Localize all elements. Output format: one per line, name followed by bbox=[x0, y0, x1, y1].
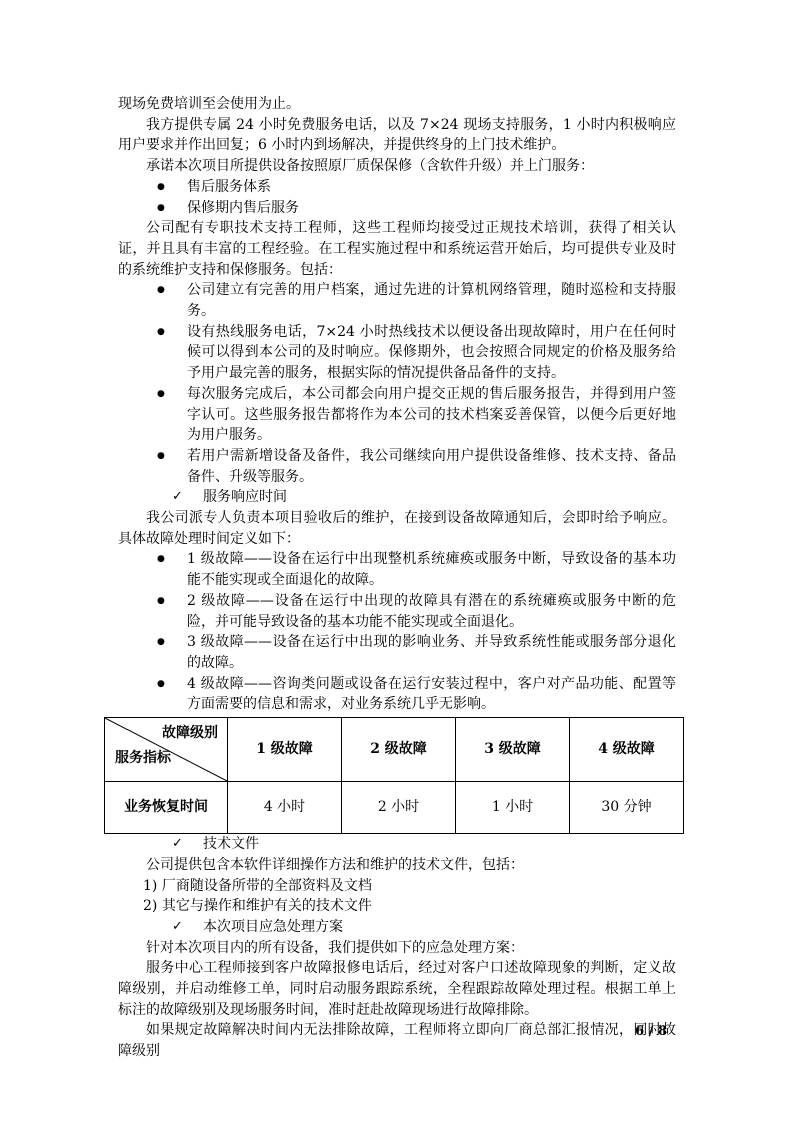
table-cell: 2 小时 bbox=[342, 782, 456, 834]
corner-label-fault-level: 故障级别 bbox=[162, 723, 218, 744]
paragraph: 我公司派专人负责本项目验收后的维护，在接到设备故障通知后，会即时给予响应。具体故… bbox=[118, 508, 676, 549]
bullet-item: ● 3 级故障——设备在运行中出现的影响业务、并导致系统性能或服务部分退化的故障… bbox=[118, 632, 676, 673]
bullet-icon: ● bbox=[157, 549, 165, 570]
bullet-text: 3 级故障——设备在运行中出现的影响业务、并导致系统性能或服务部分退化的故障。 bbox=[187, 634, 676, 671]
bullet-item: ● 保修期内售后服务 bbox=[118, 198, 676, 219]
corner-label-service-indicator: 服务指标 bbox=[115, 748, 171, 769]
page-number: 6 / 8 bbox=[635, 1023, 667, 1041]
bullet-item: ● 2 级故障——设备在运行中出现的故障具有潜在的系统瘫痪或服务中断的危险，并可… bbox=[118, 591, 676, 632]
bullet-item: ● 1 级故障——设备在运行中出现整机系统瘫痪或服务中断，导致设备的基本功能不能… bbox=[118, 549, 676, 590]
row-header: 业务恢复时间 bbox=[105, 782, 228, 834]
bullet-item: ● 每次服务完成后，本公司都会向用户提交正规的售后服务报告，并得到用户签字认可。… bbox=[118, 384, 676, 446]
bullet-text: 1 级故障——设备在运行中出现整机系统瘫痪或服务中断，导致设备的基本功能不能实现… bbox=[187, 551, 676, 588]
paragraph: 公司配有专职技术支持工程师，这些工程师均接受过正规技术培训，获得了相关认证，并且… bbox=[118, 218, 676, 280]
bullet-icon: ● bbox=[157, 198, 165, 219]
paragraph: 如果规定故障解决时间内无法排除故障，工程师将立即向厂商总部汇报情况，同时故障级别 bbox=[118, 1020, 676, 1061]
bullet-text: 每次服务完成后，本公司都会向用户提交正规的售后服务报告，并得到用户签字认可。这些… bbox=[187, 386, 676, 443]
table-row: 业务恢复时间 4 小时 2 小时 1 小时 30 分钟 bbox=[105, 782, 684, 834]
numbered-item: 1) 厂商随设备所带的全部资料及文档 bbox=[143, 876, 676, 897]
bullet-text: 公司建立有完善的用户档案，通过先进的计算机网络管理，随时巡检和支持服务。 bbox=[187, 282, 676, 319]
paragraph: 公司提供包含本软件详细操作方法和维护的技术文件，包括： bbox=[118, 855, 676, 876]
check-item: ✓ 服务响应时间 bbox=[118, 487, 676, 508]
bullet-icon: ● bbox=[157, 384, 165, 405]
paragraph: 针对本次项目内的所有设备，我们提供如下的应急处理方案： bbox=[118, 938, 676, 959]
check-icon: ✓ bbox=[172, 917, 183, 938]
bullet-icon: ● bbox=[157, 446, 165, 467]
bullet-item: ● 4 级故障——咨询类问题或设备在运行安装过程中，客户对产品功能、配置等方面需… bbox=[118, 674, 676, 715]
paragraph: 我方提供专属 24 小时免费服务电话，以及 7×24 现场支持服务，1 小时内积… bbox=[118, 115, 676, 156]
bullet-icon: ● bbox=[157, 632, 165, 653]
bullet-item: ● 若用户需新增设备及备件，我公司继续向用户提供设备维修、技术支持、备品备件、升… bbox=[118, 446, 676, 487]
bullet-text: 2 级故障——设备在运行中出现的故障具有潜在的系统瘫痪或服务中断的危险，并可能导… bbox=[187, 593, 676, 630]
check-text: 技术文件 bbox=[203, 836, 259, 852]
bullet-text: 4 级故障——咨询类问题或设备在运行安装过程中，客户对产品功能、配置等方面需要的… bbox=[187, 676, 676, 713]
bullet-icon: ● bbox=[157, 280, 165, 301]
table-cell: 1 小时 bbox=[456, 782, 570, 834]
column-header: 1 级故障 bbox=[228, 718, 342, 782]
check-icon: ✓ bbox=[172, 487, 183, 508]
table-corner-cell: 故障级别 服务指标 bbox=[105, 718, 228, 782]
bullet-text: 售后服务体系 bbox=[187, 179, 271, 195]
bullet-item: ● 设有热线服务电话，7×24 小时热线技术以便设备出现故障时，用户在任何时候可… bbox=[118, 322, 676, 384]
table-header-row: 故障级别 服务指标 1 级故障 2 级故障 3 级故障 4 级故障 bbox=[105, 718, 684, 782]
table-cell: 4 小时 bbox=[228, 782, 342, 834]
check-item: ✓ 技术文件 bbox=[118, 834, 676, 855]
bullet-text: 若用户需新增设备及备件，我公司继续向用户提供设备维修、技术支持、备品备件、升级等… bbox=[187, 448, 676, 485]
fault-level-table: 故障级别 服务指标 1 级故障 2 级故障 3 级故障 4 级故障 业务恢复时间… bbox=[104, 717, 684, 834]
bullet-item: ● 公司建立有完善的用户档案，通过先进的计算机网络管理，随时巡检和支持服务。 bbox=[118, 280, 676, 321]
column-header: 3 级故障 bbox=[456, 718, 570, 782]
paragraph: 服务中心工程师接到客户故障报修电话后，经过对客户口述故障现象的判断，定义故障级别… bbox=[118, 958, 676, 1020]
paragraph: 现场免费培训至会使用为止。 bbox=[118, 94, 676, 115]
bullet-item: ● 售后服务体系 bbox=[118, 177, 676, 198]
numbered-item: 2) 其它与操作和维护有关的技术文件 bbox=[143, 896, 676, 917]
check-text: 本次项目应急处理方案 bbox=[203, 919, 343, 935]
table-cell: 30 分钟 bbox=[570, 782, 684, 834]
bullet-icon: ● bbox=[157, 177, 165, 198]
column-header: 2 级故障 bbox=[342, 718, 456, 782]
document-body: 现场免费培训至会使用为止。 我方提供专属 24 小时免费服务电话，以及 7×24… bbox=[118, 94, 676, 1062]
column-header: 4 级故障 bbox=[570, 718, 684, 782]
check-text: 服务响应时间 bbox=[203, 489, 287, 505]
check-item: ✓ 本次项目应急处理方案 bbox=[118, 917, 676, 938]
paragraph: 承诺本次项目所提供设备按照原厂质保保修（含软件升级）并上门服务： bbox=[118, 156, 676, 177]
document-page: 现场免费培训至会使用为止。 我方提供专属 24 小时免费服务电话，以及 7×24… bbox=[0, 0, 793, 1122]
check-icon: ✓ bbox=[172, 834, 183, 855]
bullet-text: 设有热线服务电话，7×24 小时热线技术以便设备出现故障时，用户在任何时候可以得… bbox=[187, 324, 676, 381]
bullet-text: 保修期内售后服务 bbox=[187, 200, 299, 216]
bullet-icon: ● bbox=[157, 591, 165, 612]
bullet-icon: ● bbox=[157, 674, 165, 695]
bullet-icon: ● bbox=[157, 322, 165, 343]
